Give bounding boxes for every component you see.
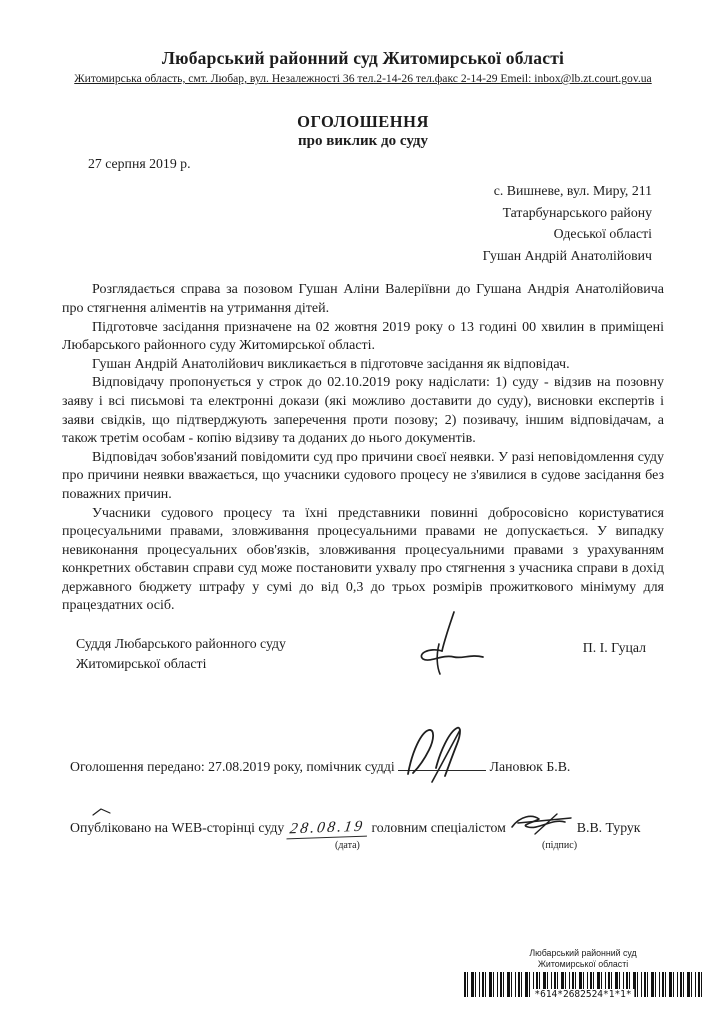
- court-contact-line: Житомирська область, смт. Любар, вул. Не…: [62, 72, 664, 85]
- court-name-heading: Любарський районний суд Житомирської обл…: [62, 48, 664, 69]
- document-title: ОГОЛОШЕННЯ: [62, 112, 664, 132]
- recipient-block: с. Вишневе, вул. Миру, 211 Татарбунарськ…: [62, 180, 664, 266]
- recipient-line: Одеської області: [62, 223, 652, 245]
- recipient-line: Татарбунарського району: [62, 202, 652, 224]
- judge-signature-block: Суддя Любарського районного суду Житомир…: [62, 630, 664, 690]
- judge-title: Суддя Любарського районного суду Житомир…: [76, 634, 286, 674]
- paragraph: Відповідачу пропонується у строк до 02.1…: [62, 374, 664, 448]
- specialist-signature-icon: [509, 818, 573, 832]
- judge-name: П. І. Гуцал: [583, 638, 646, 658]
- document-date: 27 серпня 2019 р.: [62, 156, 664, 172]
- barcode-number: *614*2682524*1*1*: [531, 989, 634, 1000]
- publish-text-2: головним спеціалістом: [371, 820, 505, 835]
- paragraph: Підготовче засідання призначене на 02 жо…: [62, 319, 664, 356]
- barcode-court-line: Житомирської області: [464, 959, 702, 970]
- body-text: Розглядається справа за позовом Гушан Ал…: [62, 281, 664, 616]
- paragraph: Гушан Андрій Анатолійович викликається в…: [62, 356, 664, 375]
- recipient-line: с. Вишневе, вул. Миру, 211: [62, 180, 652, 202]
- transfer-text: Оголошення передано: 27.08.2019 року, по…: [70, 759, 395, 774]
- barcode-court-line: Любарський районний суд: [464, 948, 702, 959]
- assistant-name: Лановюк Б.В.: [490, 759, 571, 774]
- publish-text: Опубліковано на WEB-сторінці суду: [70, 820, 284, 835]
- transfer-line: Оголошення передано: 27.08.2019 року, по…: [70, 758, 570, 775]
- recipient-line: Гушан Андрій Анатолійович: [62, 245, 652, 267]
- barcode-block: Любарський районний суд Житомирської обл…: [464, 948, 702, 997]
- publish-line: Опубліковано на WEB-сторінці суду 28.08.…: [70, 818, 641, 838]
- date-caption: (дата): [335, 840, 360, 851]
- specialist-name: В.В. Турук: [577, 820, 641, 835]
- handwritten-date: 28.08.19: [286, 818, 369, 840]
- document-subtitle: про виклик до суду: [62, 133, 664, 150]
- paragraph: Розглядається справа за позовом Гушан Ал…: [62, 281, 664, 318]
- paragraph: Відповідач зобов'язаний повідомити суд п…: [62, 449, 664, 505]
- paragraph: Учасники судового процесу та їхні предст…: [62, 505, 664, 617]
- document-page: Любарський районний суд Житомирської обл…: [0, 0, 720, 1016]
- signature-caption: (підпис): [542, 840, 577, 851]
- assistant-signature-icon: [398, 758, 486, 771]
- judge-signature-icon: [392, 608, 492, 684]
- barcode-icon: *614*2682524*1*1*: [464, 972, 702, 997]
